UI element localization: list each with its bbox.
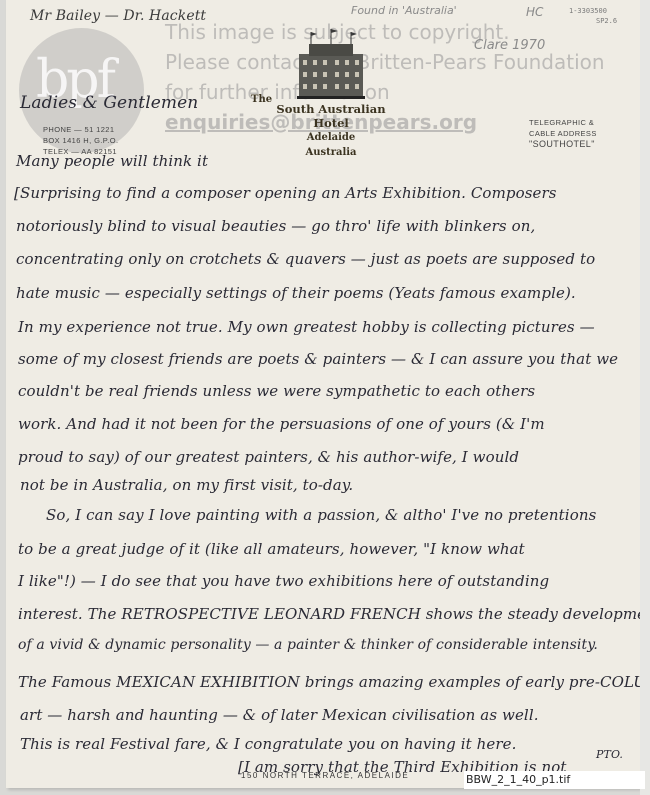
hotel-letterhead: The South Australian Hotel Adelaide Aust… bbox=[261, 28, 401, 160]
letter-line-5: hate music — especially settings of thei… bbox=[16, 284, 576, 302]
letter-line-15: interest. The RETROSPECTIVE LEONARD FREN… bbox=[18, 605, 650, 623]
footer-address: 150 NORTH TERRACE, ADELAIDE bbox=[241, 771, 409, 780]
letter-line-18: art — harsh and haunting — & of later Me… bbox=[20, 706, 539, 724]
cable-line-2: CABLE ADDRESS bbox=[529, 128, 597, 139]
letter-line-10: proud to say) of our greatest painters, … bbox=[18, 448, 519, 466]
hotel-building-illustration bbox=[291, 28, 371, 100]
letter-line-12: So, I can say I love painting with a pas… bbox=[46, 506, 596, 524]
hotel-city: Adelaide bbox=[261, 130, 401, 145]
letter-line-9: work. And had it not been for the persua… bbox=[18, 415, 545, 433]
pencil-ref-number: 1-3303500 bbox=[569, 7, 607, 15]
pencil-initials: HC bbox=[526, 5, 543, 19]
file-label: BBW_2_1_40_p1.tif bbox=[464, 771, 645, 789]
letter-line-16: of a vivid & dynamic personality — a pai… bbox=[18, 637, 598, 653]
letter-line-17: The Famous MEXICAN EXHIBITION brings ama… bbox=[18, 673, 650, 691]
salutation: Ladies & Gentlemen bbox=[20, 93, 198, 113]
letter-line-7: some of my closest friends are poets & p… bbox=[18, 350, 618, 368]
letter-line-11: not be in Australia, on my first visit, … bbox=[20, 476, 353, 494]
letter-line-13: to be a great judge of it (like all amat… bbox=[18, 540, 525, 558]
hotel-the: The bbox=[251, 94, 272, 105]
scan-edge bbox=[640, 0, 650, 795]
letter-page: bpf Mr Bailey — Dr. Hackett Found in 'Au… bbox=[6, 0, 640, 788]
letter-line-8: couldn't be real friends unless we were … bbox=[18, 382, 535, 400]
letter-line-2: [Surprising to find a composer opening a… bbox=[14, 184, 557, 202]
hotel-name: South Australian Hotel bbox=[261, 102, 401, 130]
pencil-ref-code: SP2.6 bbox=[596, 17, 617, 25]
letter-line-4: concentrating only on crotchets & quaver… bbox=[16, 250, 595, 268]
pto-note: PTO. bbox=[596, 748, 623, 761]
phone-line: PHONE — 51 1221 bbox=[43, 124, 118, 135]
box-line: BOX 1416 H, G.P.O. bbox=[43, 135, 118, 146]
letter-line-1: Many people will think it bbox=[16, 152, 208, 170]
letter-line-14: I like"!) — I do see that you have two e… bbox=[18, 572, 549, 590]
cable-address: TELEGRAPHIC & CABLE ADDRESS "SOUTHOTEL" bbox=[529, 117, 597, 150]
letter-line-19: This is real Festival fare, & I congratu… bbox=[20, 735, 516, 753]
hotel-country: Australia bbox=[261, 145, 401, 160]
cable-line-1: TELEGRAPHIC & bbox=[529, 117, 597, 128]
letter-line-6: In my experience not true. My own greate… bbox=[18, 318, 595, 336]
pencil-found-note: Found in 'Australia' bbox=[351, 4, 457, 17]
cable-line-3: "SOUTHOTEL" bbox=[529, 139, 597, 150]
letter-line-3: notoriously blind to visual beauties — g… bbox=[16, 217, 535, 235]
